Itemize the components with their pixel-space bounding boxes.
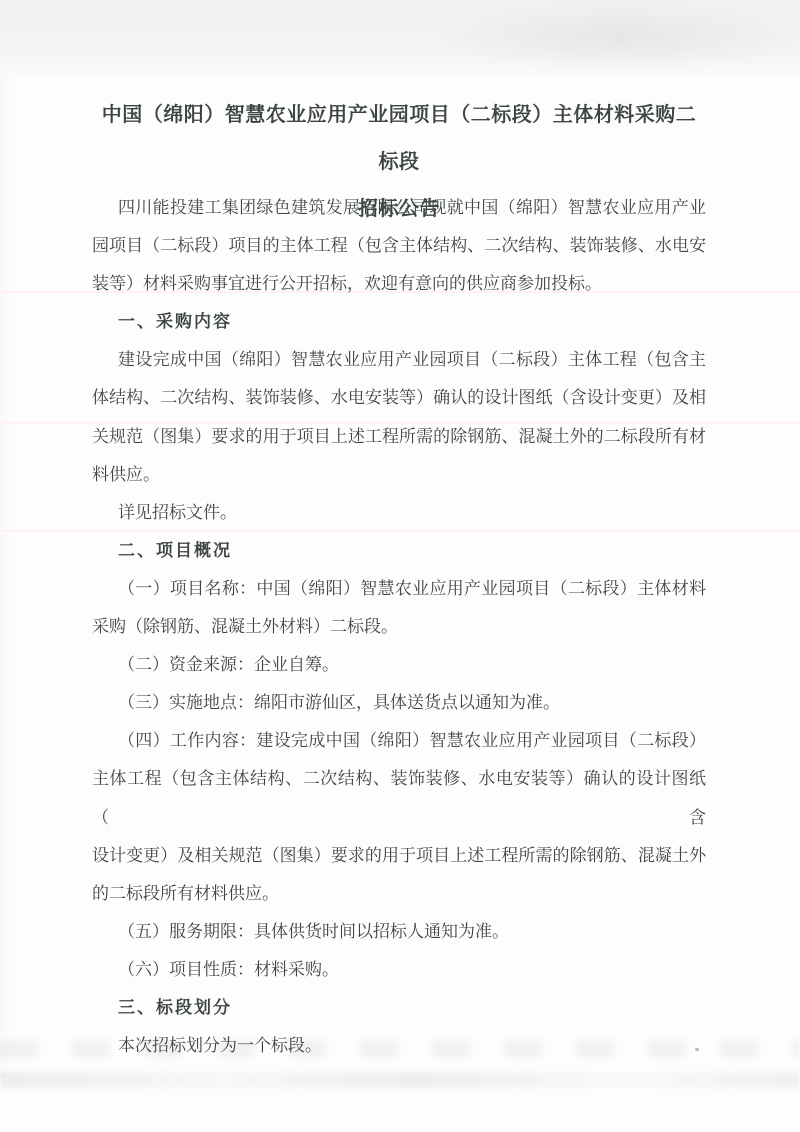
section-heading: 三、标段划分 <box>92 989 706 1027</box>
document-text-line: 建设完成中国（绵阳）智慧农业应用产业园项目（二标段）主体工程（包含主 <box>92 341 706 379</box>
scanned-document-page: 中国（绵阳）智慧农业应用产业园项目（二标段）主体材料采购二标段 招标公告 四川能… <box>0 0 800 1132</box>
document-text-line: 详见招标文件。 <box>92 494 706 532</box>
section-heading: 二、项目概况 <box>92 532 706 570</box>
scan-noise-top-right-shadow <box>440 4 800 68</box>
document-text-line: （三）实施地点：绵阳市游仙区，具体送货点以通知为准。 <box>92 684 706 722</box>
document-text-line: （四）工作内容：建设完成中国（绵阳）智慧农业应用产业园项目（二标段） <box>92 722 706 760</box>
document-text-line: 园项目（二标段）项目的主体工程（包含主体结构、二次结构、装饰装修、水电安 <box>92 227 706 265</box>
document-text-line: 装等）材料采购事宜进行公开招标，欢迎有意向的供应商参加投标。 <box>92 265 706 303</box>
document-text-line: （一）项目名称：中国（绵阳）智慧农业应用产业园项目（二标段）主体材料 <box>92 570 706 608</box>
section-heading: 一、采购内容 <box>92 303 706 341</box>
document-text-line: 主体工程（包含主体结构、二次结构、装饰装修、水电安装等）确认的设计图纸（含 <box>92 760 706 836</box>
document-text-line: （五）服务期限：具体供货时间以招标人通知为准。 <box>92 913 706 951</box>
document-text-line: 体结构、二次结构、装饰装修、水电安装等）确认的设计图纸（含设计变更）及相 <box>92 379 706 417</box>
document-text-line: 本次招标划分为一个标段。 <box>92 1027 706 1065</box>
document-text-line: 的二标段所有材料供应。 <box>92 875 706 913</box>
document-text-line: （二）资金来源：企业自筹。 <box>92 646 706 684</box>
document-text-line: （六）项目性质：材料采购。 <box>92 951 706 989</box>
document-text-line: 料供应。 <box>92 456 706 494</box>
scan-noise-left-edge <box>0 78 14 1078</box>
document-text-line: 设计变更）及相关规范（图集）要求的用于项目上述工程所需的除钢筋、混凝土外 <box>92 837 706 875</box>
document-text-line: 采购（除钢筋、混凝土外材料）二标段。 <box>92 608 706 646</box>
document-body: 四川能投建工集团绿色建筑发展有限公司现就中国（绵阳）智慧农业应用产业园项目（二标… <box>92 189 706 1065</box>
document-text-line: 关规范（图集）要求的用于项目上述工程所需的除钢筋、混凝土外的二标段所有材 <box>92 418 706 456</box>
document-title-line-1: 中国（绵阳）智慧农业应用产业园项目（二标段）主体材料采购二标段 <box>92 92 706 186</box>
scan-smudge-band <box>0 1072 800 1088</box>
document-text-line: 四川能投建工集团绿色建筑发展有限公司现就中国（绵阳）智慧农业应用产业 <box>92 189 706 227</box>
